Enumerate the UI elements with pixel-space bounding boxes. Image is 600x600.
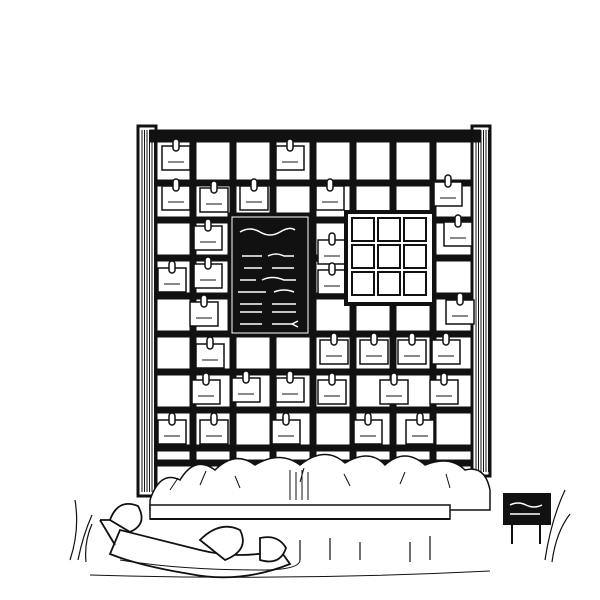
ground-line <box>90 571 490 577</box>
small-sign <box>504 494 550 544</box>
window <box>346 212 434 304</box>
chalkboard <box>229 214 311 336</box>
plant-bed <box>150 454 490 519</box>
ink-illustration <box>0 0 600 600</box>
